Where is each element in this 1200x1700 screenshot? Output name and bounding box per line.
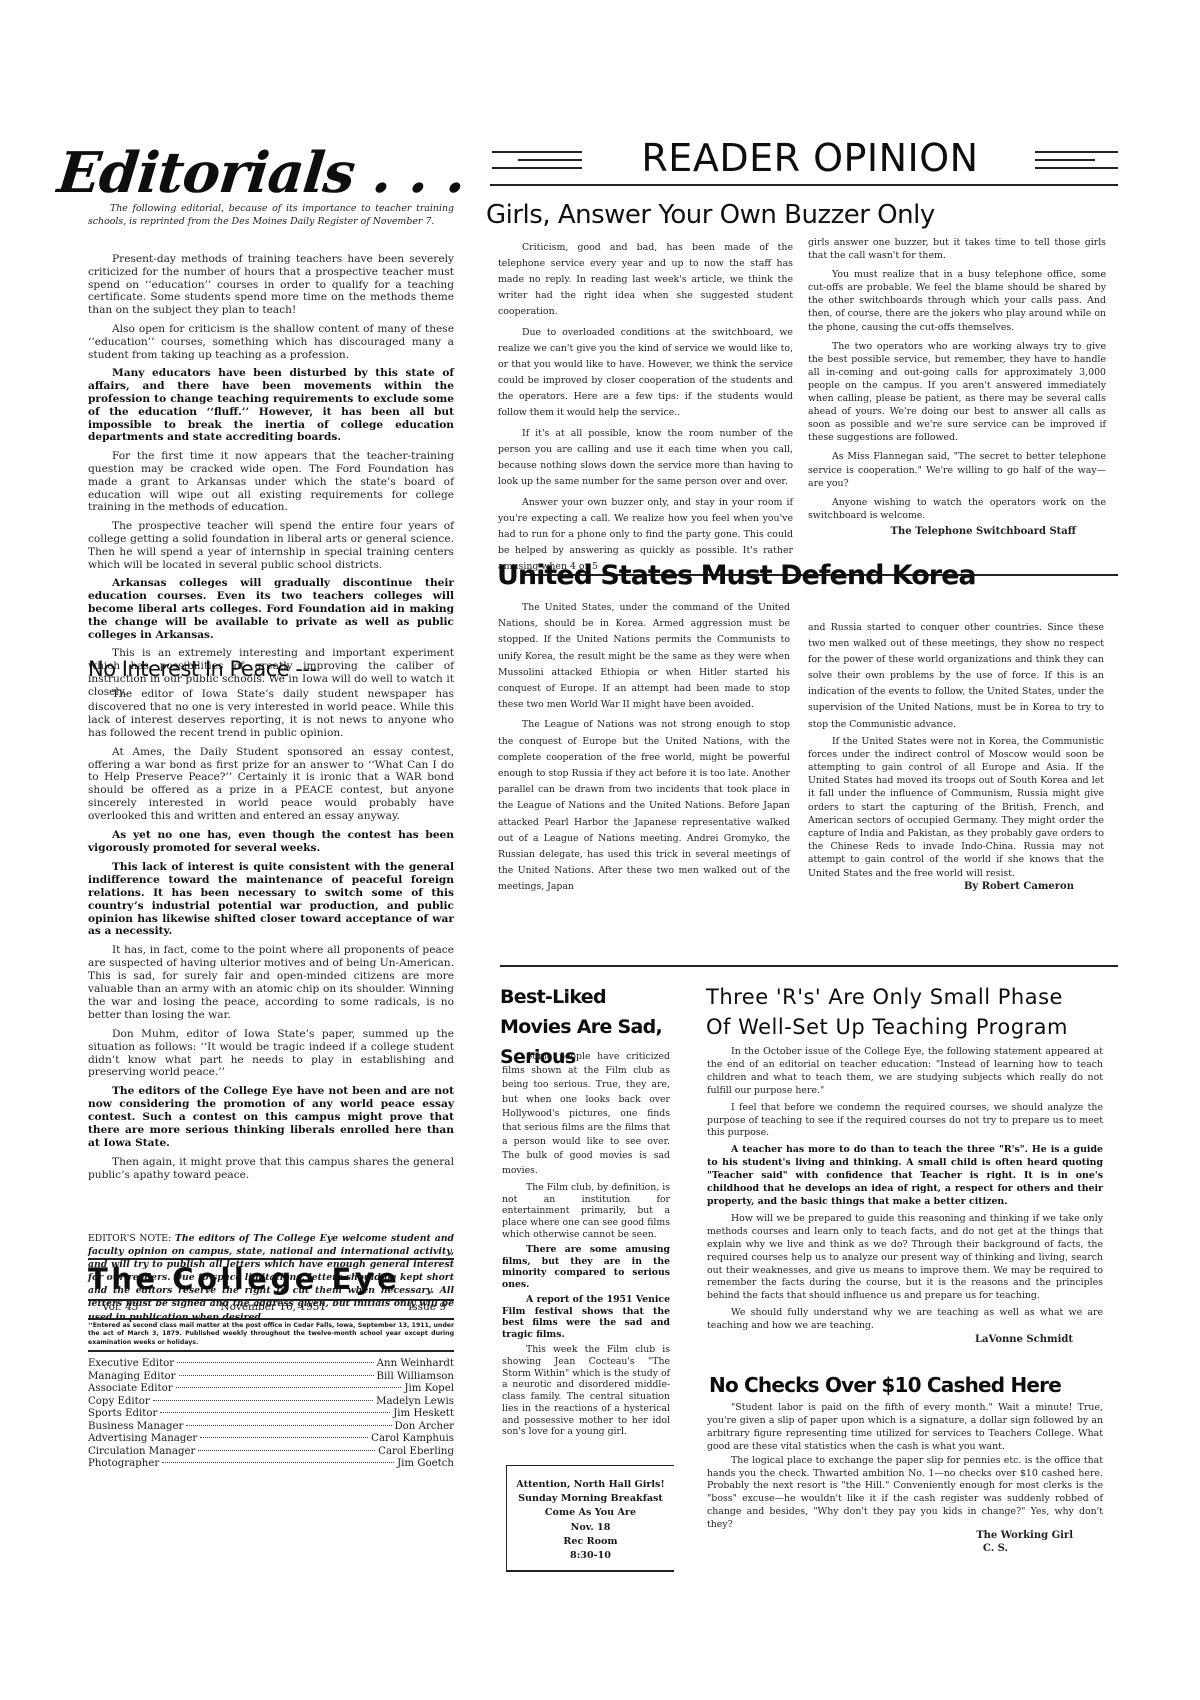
article-paragraph: As Miss Flannegan said, "The secret to b… [808, 450, 1106, 489]
header-decoration-line [492, 151, 582, 153]
article-paragraph: The Film club, by definition, is not an … [502, 1182, 670, 1241]
article-signature: The Working Girl [707, 1530, 1103, 1543]
header-decoration-line [492, 167, 582, 169]
leader-dots [153, 1400, 373, 1401]
section-rule [490, 184, 1118, 186]
article-paragraph: This week the Film club is showing Jean … [502, 1344, 670, 1438]
article-paragraph: It has, in fact, come to the point where… [88, 944, 454, 1021]
editorial-paragraph: Present-day methods of training teachers… [88, 253, 454, 317]
headline-line: Of Well-Set Up Teaching Program [706, 1012, 1068, 1042]
staff-name: Jim Goetch [397, 1458, 454, 1471]
article-paragraph: Criticism, good and bad, has been made o… [498, 240, 793, 320]
article-paragraph: There are some amusing films, but they a… [502, 1244, 670, 1290]
editorial-paragraph: Many educators have been disturbed by th… [88, 367, 454, 444]
korea-column-2: and Russia started to conquer other coun… [808, 620, 1104, 895]
editors-note-label: EDITOR'S NOTE: [88, 1233, 171, 1244]
article-paragraph: I feel that before we condemn the requir… [707, 1102, 1103, 1141]
header-decoration-line [1035, 167, 1118, 169]
notice-line: 8:30-10 [507, 1549, 674, 1563]
three-rs-headline: Three 'R's' Are Only Small Phase Of Well… [706, 982, 1068, 1042]
leader-dots [160, 1412, 390, 1413]
leader-dots [186, 1425, 391, 1426]
article-paragraph: Don Muhm, editor of Iowa State’s paper, … [88, 1028, 454, 1080]
staff-role: Photographer [88, 1458, 159, 1471]
article-paragraph: Anyone wishing to watch the operators wo… [808, 496, 1106, 522]
staff-row: Copy EditorMadelyn Lewis [88, 1396, 454, 1409]
editorial-intro-note: The following editorial, because of its … [88, 203, 454, 228]
movies-article-body: Some people have criticized films shown … [502, 1050, 670, 1442]
no-interest-article-body: The editor of Iowa State’s daily student… [88, 688, 454, 1188]
girls-buzzer-column-1: Criticism, good and bad, has been made o… [498, 240, 793, 580]
article-paragraph: You must realize that in a busy telephon… [808, 268, 1106, 333]
staff-role: Executive Editor [88, 1358, 174, 1371]
article-signature: The Telephone Switchboard Staff [808, 525, 1106, 538]
korea-column-1: The United States, under the command of … [498, 600, 790, 900]
article-paragraph: "Student labor is paid on the fifth of e… [707, 1402, 1103, 1454]
leader-dots [179, 1375, 374, 1376]
staff-name: Carol Kamphuis [371, 1433, 454, 1446]
article-byline: By Robert Cameron [808, 879, 1104, 895]
article-paragraph: The editors of the College Eye have not … [88, 1085, 454, 1150]
reader-opinion-title: READER OPINION [590, 136, 1030, 180]
staff-row: Executive EditorAnn Weinhardt [88, 1358, 454, 1371]
leader-dots [200, 1437, 368, 1438]
section-rule [500, 965, 1118, 967]
article-paragraph: Then again, it might prove that this cam… [88, 1156, 454, 1182]
editorial-paragraph: For the first time it now appears that t… [88, 450, 454, 514]
article-paragraph: We should fully understand why we are te… [707, 1307, 1103, 1333]
article-paragraph: If it's at all possible, know the room n… [498, 426, 793, 490]
staff-name: Bill Williamson [377, 1371, 454, 1384]
staff-name: Madelyn Lewis [376, 1396, 454, 1409]
article-paragraph: This lack of interest is quite consisten… [88, 861, 454, 938]
leader-dots [176, 1387, 402, 1388]
staff-row: Advertising ManagerCarol Kamphuis [88, 1433, 454, 1446]
masthead-top-rule [88, 1258, 454, 1260]
staff-row: Circulation ManagerCarol Eberling [88, 1446, 454, 1459]
article-paragraph: The editor of Iowa State’s daily student… [88, 688, 454, 740]
staff-role: Managing Editor [88, 1371, 176, 1384]
article-paragraph: girls answer one buzzer, but it takes ti… [808, 236, 1106, 262]
article-paragraph: In the October issue of the College Eye,… [707, 1046, 1103, 1098]
no-checks-article-body: "Student labor is paid on the fifth of e… [707, 1402, 1103, 1556]
notice-line: Rec Room [507, 1535, 674, 1549]
staff-role: Associate Editor [88, 1383, 173, 1396]
north-hall-breakfast-notice: Attention, North Hall Girls! Sunday Morn… [506, 1465, 674, 1572]
header-decoration-line [1035, 159, 1095, 161]
staff-role: Circulation Manager [88, 1446, 195, 1459]
article-paragraph: Due to overloaded conditions at the swit… [498, 325, 793, 421]
header-decoration-line [518, 159, 582, 161]
editorial-article-body: Present-day methods of training teachers… [88, 253, 454, 705]
staff-box: Executive EditorAnn Weinhardt Managing E… [88, 1358, 454, 1471]
leader-dots [162, 1462, 394, 1463]
staff-name: Jim Heskett [393, 1408, 454, 1421]
staff-role: Sports Editor [88, 1408, 157, 1421]
headline-line: Three 'R's' Are Only Small Phase [706, 982, 1068, 1012]
article-paragraph: A teacher has more to do than to teach t… [707, 1144, 1103, 1209]
editorial-paragraph: Arkansas colleges will gradually discont… [88, 577, 454, 641]
article-paragraph: How will we be prepared to guide this re… [707, 1213, 1103, 1303]
article-paragraph: A report of the 1951 Venice Film festiva… [502, 1294, 670, 1340]
staff-row: PhotographerJim Goetch [88, 1458, 454, 1471]
staff-role: Advertising Manager [88, 1433, 197, 1446]
staff-name: Ann Weinhardt [377, 1358, 454, 1371]
staff-name: Don Archer [395, 1421, 455, 1434]
notice-line: Nov. 18 [507, 1521, 674, 1535]
notice-line: Sunday Morning Breakfast [507, 1492, 674, 1506]
notice-line: Come As You Are [507, 1506, 674, 1520]
editorials-section-title: Editorials . . . [55, 140, 469, 206]
volume-number: Vol. 43 [102, 1301, 138, 1313]
masthead-rule [88, 1318, 454, 1320]
leader-dots [198, 1450, 375, 1451]
no-interest-headline: No Interest In Peace --- [88, 657, 317, 681]
notice-line: Attention, North Hall Girls! [507, 1478, 674, 1492]
leader-dots [177, 1362, 374, 1363]
article-paragraph: The League of Nations was not strong eno… [498, 717, 790, 895]
korea-headline: United States Must Defend Korea [497, 560, 976, 591]
article-paragraph: The United States, under the command of … [498, 600, 790, 713]
staff-role: Business Manager [88, 1421, 183, 1434]
staff-name: Carol Eberling [378, 1446, 454, 1459]
newspaper-name: The College Eye [88, 1262, 400, 1296]
staff-role: Copy Editor [88, 1396, 150, 1409]
staff-row: Sports EditorJim Heskett [88, 1408, 454, 1421]
article-paragraph: The logical place to exchange the paper … [707, 1455, 1103, 1532]
masthead-rule [88, 1350, 454, 1352]
article-paragraph: At Ames, the Daily Student sponsored an … [88, 746, 454, 823]
article-paragraph: As yet no one has, even though the conte… [88, 829, 454, 855]
girls-buzzer-column-2: girls answer one buzzer, but it takes ti… [808, 236, 1106, 538]
article-paragraph: The two operators who are working always… [808, 340, 1106, 445]
reader-opinion-header: READER OPINION [490, 140, 1120, 186]
article-paragraph: and Russia started to conquer other coun… [808, 620, 1104, 733]
article-signature-initials: C. S. [707, 1543, 1103, 1556]
editorial-paragraph: The prospective teacher will spend the e… [88, 520, 454, 571]
issue-date: November 16, 1951 [220, 1301, 326, 1313]
issue-number: Issue 9 [408, 1301, 446, 1313]
header-decoration-line [1035, 151, 1118, 153]
postal-entry-note: ‘‘Entered as second class mail matter at… [88, 1322, 454, 1347]
staff-row: Business ManagerDon Archer [88, 1421, 454, 1434]
masthead-issue-info: Vol. 43 November 16, 1951 Issue 9 [88, 1301, 454, 1313]
article-paragraph: If the United States were not in Korea, … [808, 735, 1104, 880]
staff-name: Jim Kopel [404, 1383, 454, 1396]
no-checks-headline: No Checks Over $10 Cashed Here [709, 1373, 1061, 1397]
editorial-paragraph: Also open for criticism is the shallow c… [88, 323, 454, 361]
article-signature: LaVonne Schmidt [707, 1334, 1103, 1347]
girls-buzzer-headline: Girls, Answer Your Own Buzzer Only [486, 200, 935, 230]
three-rs-article-body: In the October issue of the College Eye,… [707, 1046, 1103, 1347]
staff-row: Associate EditorJim Kopel [88, 1383, 454, 1396]
staff-row: Managing EditorBill Williamson [88, 1371, 454, 1384]
article-paragraph: Some people have criticized films shown … [502, 1050, 670, 1178]
